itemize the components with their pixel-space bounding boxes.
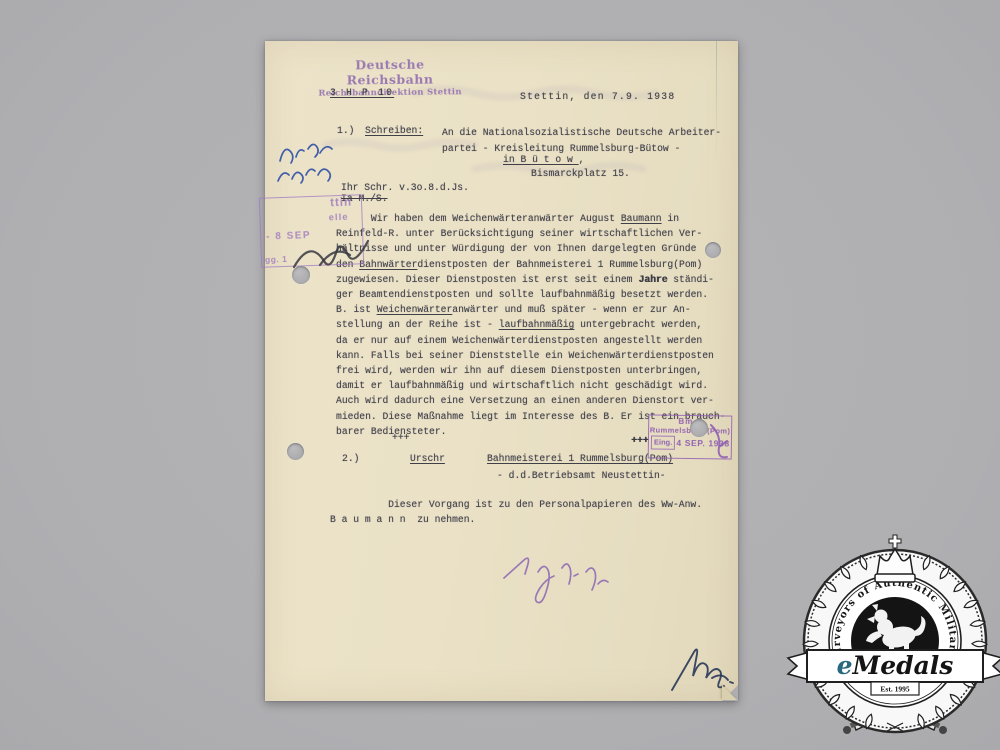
punch-hole (292, 266, 310, 284)
text-line: frei wird, werden wir ihn auf diesem Die… (336, 363, 726, 378)
letterhead-line1: Deutsche Reichsbahn (315, 56, 465, 88)
text-line: B a u m a n n zu nehmen. (330, 512, 702, 527)
text-line: da er nur auf einem Weichenwärterdienstp… (336, 333, 726, 348)
entry-stamp-eingang: Eing. (651, 435, 676, 449)
entry-stamp-fragment: ttin (330, 197, 352, 210)
logo-brand: eMedals (837, 651, 954, 680)
punch-hole (705, 242, 721, 258)
punch-hole (287, 443, 304, 460)
logo-est: Est. 1995 (880, 685, 909, 694)
item-2-label: Urschr (410, 453, 445, 464)
file-reference: 3 H P 10 (330, 87, 394, 98)
purple-check-mark (705, 423, 731, 467)
text-line: B. ist Weichenwärteranwärter und muß spä… (336, 302, 726, 317)
text-line: in B ü t o w , (503, 154, 584, 165)
text-line: den Bahnwärterdienstposten der Bahnmeist… (336, 257, 726, 272)
item-2-via-line: - d.d.Betriebsamt Neustettin- (497, 470, 666, 481)
text-line: An die Nationalsozialistische Deutsche A… (442, 125, 721, 141)
entry-stamp-fragment: elle (329, 212, 349, 224)
emedals-watermark: Purveyors of Authentic Militaria eMedals (785, 531, 1000, 750)
text-line: Auch wird dadurch eine Versetzung an ein… (336, 393, 726, 408)
approval-signature (500, 550, 620, 612)
text-line: zugewiesen. Dieser Dienstposten ist erst… (336, 272, 726, 287)
document-page: Deutsche Reichsbahn Reichsbahndirektion … (265, 41, 738, 701)
text-line: Dieser Vorgang ist zu den Personalpapier… (330, 497, 702, 512)
address-street: Bismarckplatz 15. (531, 168, 630, 179)
closing-block: Dieser Vorgang ist zu den Personalpapier… (330, 497, 702, 528)
punch-hole (690, 419, 708, 437)
letter-body: Wir haben dem Weichenwärteranwärter Augu… (336, 211, 726, 439)
separator-right: +++ (631, 435, 648, 446)
date-line: Stettin, den 7.9. 1938 (520, 91, 675, 102)
crown-icon (875, 535, 915, 582)
folded-corner-flap (722, 685, 737, 700)
handwritten-margin-note (272, 135, 344, 193)
text-line: Reinfeld-R. unter Berücksichtigung seine… (336, 226, 726, 241)
item-2-recipient: Bahnmeisterei 1 Rummelsburg(Pom) (487, 453, 673, 464)
text-line: Wir haben dem Weichenwärteranwärter Augu… (336, 211, 726, 226)
address-city: in B ü t o w , (503, 154, 584, 165)
text-line: hältnisse und unter Würdigung der von Ih… (336, 241, 726, 256)
text-line: damit er laufbahnmäßig und wirtschaftlic… (336, 378, 726, 393)
entry-stamp-fragment: gg. 1 (265, 254, 288, 265)
text-line: kann. Falls bei seiner Dienststelle ein … (336, 348, 726, 363)
address-block: An die Nationalsozialistische Deutsche A… (442, 125, 721, 156)
photo-background: Deutsche Reichsbahn Reichsbahndirektion … (0, 0, 1000, 750)
item-1-label: Schreiben: (365, 125, 423, 136)
separator-left: +++ (392, 432, 409, 443)
text-line: ger Beamtendienstposten und sollte laufb… (336, 287, 726, 302)
item-2-number: 2.) (342, 453, 359, 464)
text-line: stellung an der Reihe ist - laufbahnmäßi… (336, 317, 726, 332)
your-reference-line: Ihr Schr. v.3o.8.d.Js. (341, 182, 469, 193)
